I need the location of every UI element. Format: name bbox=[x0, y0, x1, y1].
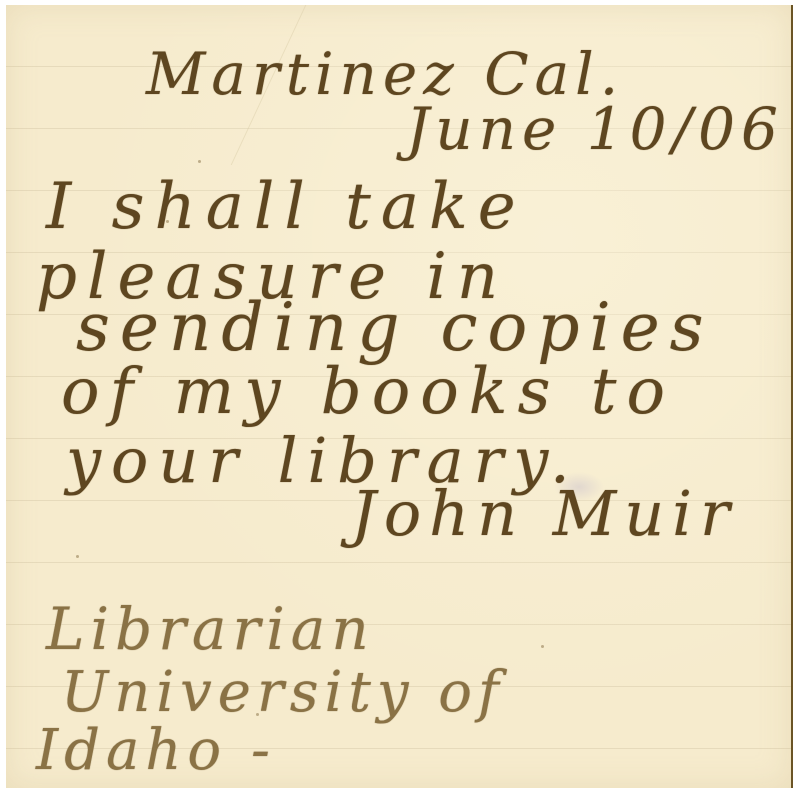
letter-sheet: Martinez Cal. June 10/06 I shall take pl… bbox=[6, 5, 793, 788]
signature: John Muir bbox=[351, 483, 738, 545]
addressee-line-1: Librarian bbox=[46, 600, 375, 658]
addressee-line-3: Idaho - bbox=[36, 723, 276, 779]
body-line-4: of my books to bbox=[61, 360, 675, 424]
paper-speck bbox=[256, 713, 259, 716]
addressee-line-2: University of bbox=[61, 665, 505, 721]
paper-speck bbox=[198, 160, 201, 163]
letter-date: June 10/06 bbox=[406, 100, 784, 158]
paper-speck bbox=[541, 645, 544, 648]
body-line-1: I shall take bbox=[46, 175, 526, 239]
paper-speck bbox=[166, 220, 169, 223]
body-line-3: sending copies bbox=[76, 295, 714, 361]
paper-speck bbox=[76, 555, 79, 558]
